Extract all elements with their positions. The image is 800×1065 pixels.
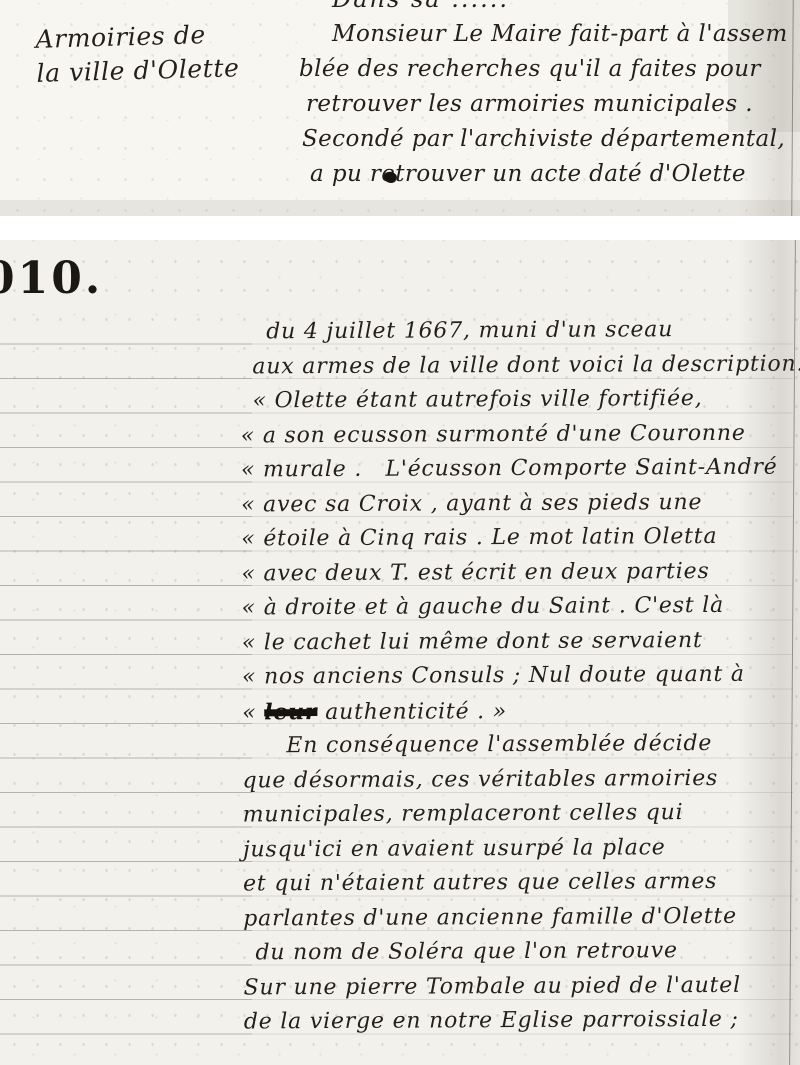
top-paragraph: Monsieur Le Maire fait-part à l'assem bl…: [299, 17, 799, 192]
scan-shading-bottom-band: [0, 200, 800, 216]
body-line: du nom de Soléra que l'on retrouve: [243, 934, 795, 971]
body-line: « murale . L'écusson Comporte Saint-Andr…: [241, 451, 793, 488]
paragraph-line: Secondé par l'archiviste départemental,: [299, 122, 799, 157]
paragraph-line: Monsieur Le Maire fait-part à l'assem: [299, 17, 799, 52]
body-line: municipales, remplaceront celles qui: [243, 796, 795, 833]
body-line: « le cachet lui même dont se servaient: [242, 623, 794, 660]
body-line: « Olette étant autrefois ville fortifiée…: [240, 382, 792, 419]
margin-note-line-1: Armoiries de: [35, 17, 239, 57]
body-line: aux armes de la ville dont voici la desc…: [240, 347, 792, 384]
body-line: Sur une pierre Tombale au pied de l'aute…: [244, 968, 796, 1005]
body-line-remainder: authenticité . »: [317, 699, 507, 725]
paragraph-line: a pu retrouver un acte daté d'Olette: [299, 157, 799, 192]
top-scan-fragment: Dans sa ...... Armoiries de la ville d'O…: [0, 0, 800, 216]
margin-note: Armoiries de la ville d'Olette: [35, 17, 240, 91]
quote-marker: «: [242, 700, 264, 725]
paragraph-line: retrouver les armoiries municipales .: [299, 87, 799, 122]
bottom-scan-fragment: 010. du 4 juillet 1667, muni d'un sceau …: [0, 240, 800, 1065]
body-line: de la vierge en notre Eglise parroissial…: [244, 1003, 796, 1040]
body-line: « nos anciens Consuls ; Nul doute quant …: [242, 658, 794, 695]
body-line: « a son ecusson surmonté d'une Couronne: [241, 416, 793, 453]
paragraph-line: blée des recherches qu'il a faites pour: [299, 52, 799, 87]
scanned-register-page: Dans sa ...... Armoiries de la ville d'O…: [0, 0, 800, 1065]
margin-note-line-2: la ville d'Olette: [36, 51, 240, 91]
cutoff-top-line: Dans sa ......: [332, 0, 509, 13]
body-line: En conséquence l'assemblée décide: [242, 727, 794, 764]
ruled-lines-left-margin: [0, 310, 252, 1065]
body-line: « avec deux T. est écrit en deux parties: [241, 554, 793, 591]
body-line: « à droite et à gauche du Saint . C'est …: [242, 589, 794, 626]
body-line: « avec sa Croix , ayant à ses pieds une: [241, 485, 793, 522]
body-text: du 4 juillet 1667, muni d'un sceau aux a…: [240, 313, 796, 1040]
body-line: du 4 juillet 1667, muni d'un sceau: [240, 313, 792, 350]
body-line-with-correction: « leur authenticité . »: [242, 692, 794, 729]
body-line: et qui n'étaient autres que celles armes: [243, 865, 795, 902]
body-line: que désormais, ces véritables armoiries: [242, 761, 794, 798]
body-line: parlantes d'une ancienne famille d'Olett…: [243, 899, 795, 936]
body-line: « étoile à Cinq rais . Le mot latin Olet…: [241, 520, 793, 557]
body-line: jusqu'ici en avaient usurpé la place: [243, 830, 795, 867]
struck-out-word: leur: [264, 699, 317, 725]
page-number-stamp: 010.: [0, 253, 103, 304]
